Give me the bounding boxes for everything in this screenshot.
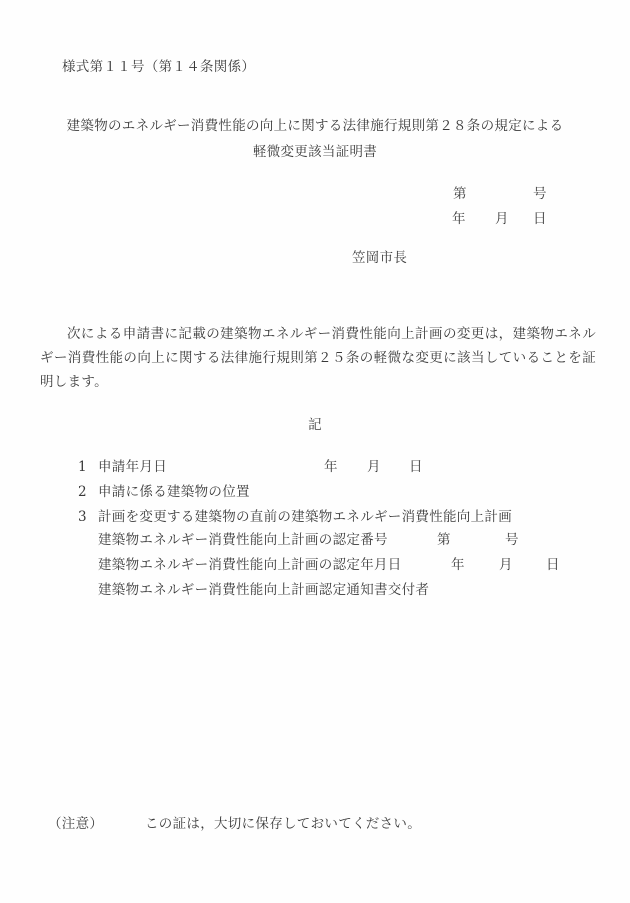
item-3-detail-issuer-label: 建築物エネルギー消費性能向上計画認定通知書交付者 [98,583,429,599]
item-2-number: 2 [78,485,87,501]
note-text: この証は，大切に保存しておいてください。 [145,817,421,833]
header-date-day: 日 [533,212,547,228]
item-3-detail-date-label: 建築物エネルギー消費性能向上計画の認定年月日 [98,558,402,574]
item-3-detail-number-label: 建築物エネルギー消費性能向上計画の認定番号 [98,533,388,549]
body-paragraph: 次による申請書に記載の建築物エネルギー消費性能向上計画の変更は，建築物エネルギー… [40,323,596,394]
addressee: 笠岡市長 [352,251,407,267]
form-number: 様式第１１号（第１４条関係） [62,60,255,76]
item-3-label: 計画を変更する建築物の直前の建築物エネルギー消費性能向上計画 [98,510,512,526]
item-1-number: 1 [78,460,87,476]
item-1-date-month: 月 [367,460,381,476]
item-3-detail-date-day: 日 [546,558,560,574]
item-1-label: 申請年月日 [98,460,167,476]
item-3-detail-date-year: 年 [451,558,465,574]
doc-number-prefix: 第 [453,187,467,203]
document-title-line2: 軽微変更該当証明書 [0,145,630,161]
doc-number-suffix: 号 [533,187,547,203]
item-3-detail-number-suffix: 号 [505,533,519,549]
item-3-detail-number-prefix: 第 [437,533,451,549]
header-date-year: 年 [452,212,466,228]
document-title-line1: 建築物のエネルギー消費性能の向上に関する法律施行規則第２８条の規定による [0,119,630,135]
item-3-number: 3 [78,510,87,526]
item-2-label: 申請に係る建築物の位置 [98,485,250,501]
item-1-date-day: 日 [409,460,423,476]
ki-heading: 記 [0,418,630,434]
note-label: （注意） [48,817,103,833]
document-page: 様式第１１号（第１４条関係） 建築物のエネルギー消費性能の向上に関する法律施行規… [0,0,630,903]
item-3-detail-date-month: 月 [499,558,513,574]
header-date-month: 月 [495,212,509,228]
item-1-date-year: 年 [324,460,338,476]
